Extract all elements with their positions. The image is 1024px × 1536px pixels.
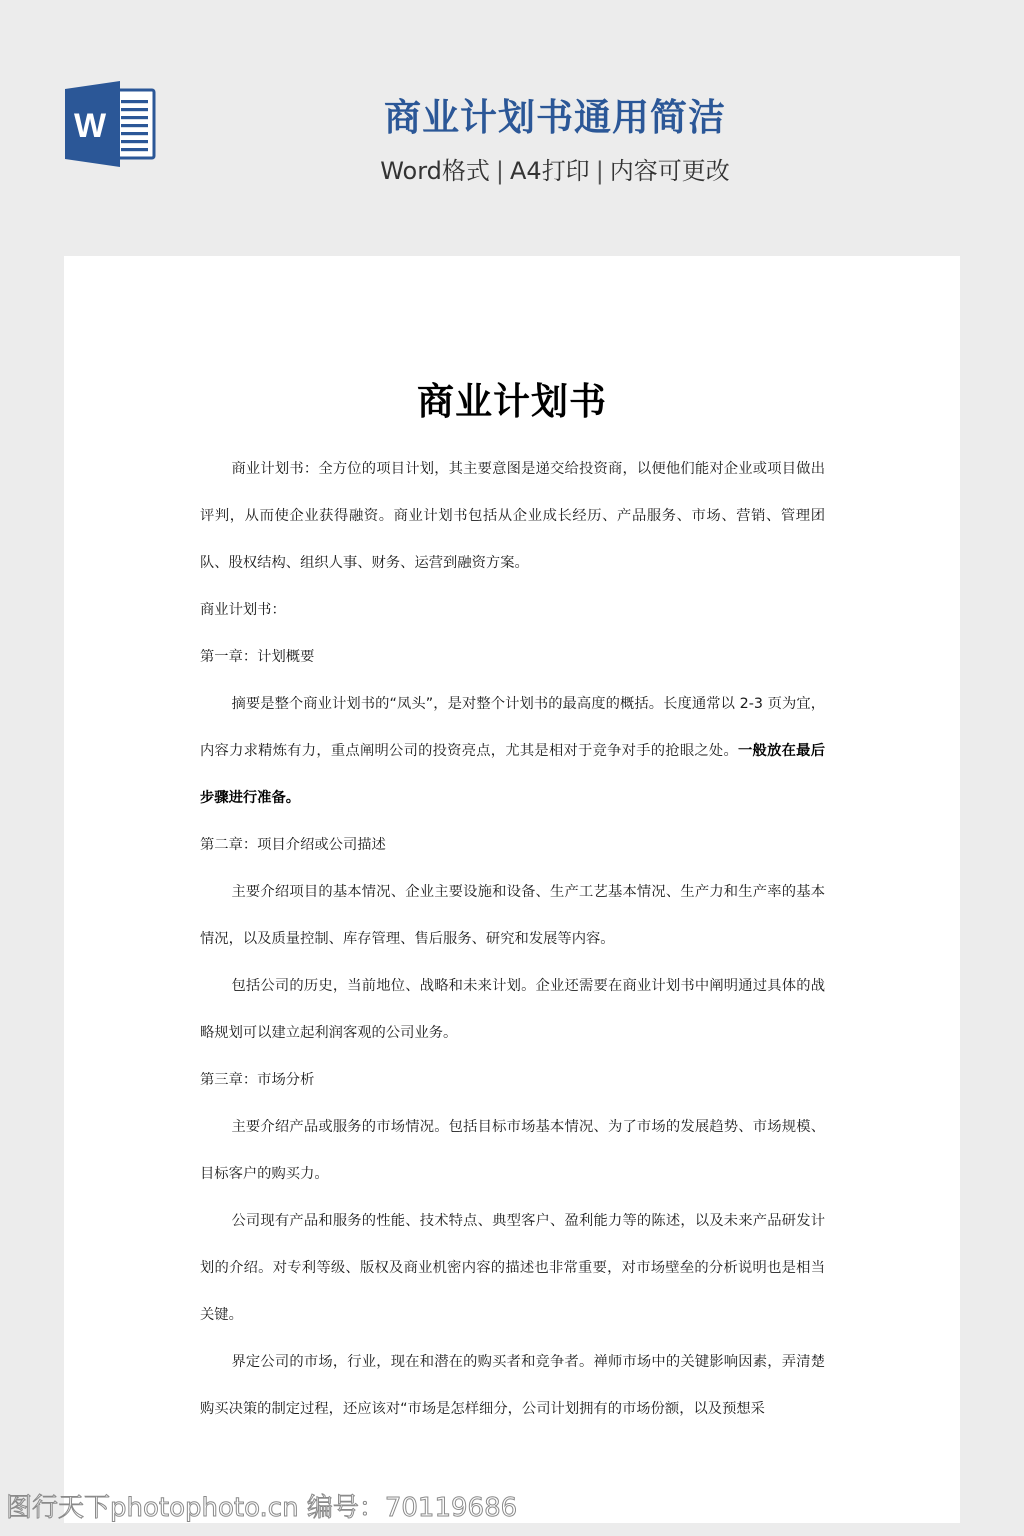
document-body: 商业计划书：全方位的项目计划，其主要意图是递交给投资商，以便他们能对企业或项目做… [200,446,825,1433]
banner-title: 商业计划书通用简洁 [300,92,810,144]
svg-text:W: W [74,107,107,145]
heading-outline: 商业计划书： [200,587,825,634]
print-label: A4打印 [510,157,590,185]
heading-chapter-2: 第二章：项目介绍或公司描述 [200,822,825,869]
separator: | [496,152,504,190]
document-page: 商业计划书 商业计划书：全方位的项目计划，其主要意图是递交给投资商，以便他们能对… [64,256,960,1523]
separator: | [596,152,604,190]
paragraph-project-intro: 主要介绍项目的基本情况、企业主要设施和设备、生产工艺基本情况、生产力和生产率的基… [200,869,825,963]
document-title: 商业计划书 [64,374,960,430]
heading-chapter-1: 第一章：计划概要 [200,634,825,681]
format-label: Word格式 [380,157,490,185]
paragraph-market-intro: 主要介绍产品或服务的市场情况。包括目标市场基本情况、为了市场的发展趋势、市场规模… [200,1104,825,1198]
paragraph-summary-text: 摘要是整个商业计划书的“凤头”，是对整个计划书的最高度的概括。长度通常以 2-3… [200,696,825,759]
banner-subtitle: Word格式|A4打印|内容可更改 [300,152,810,190]
paragraph-products: 公司现有产品和服务的性能、技术特点、典型客户、盈利能力等的陈述，以及未来产品研发… [200,1198,825,1339]
editable-label: 内容可更改 [610,157,730,185]
word-document-icon: W [65,81,157,167]
paragraph-company-history: 包括公司的历史，当前地位、战略和未来计划。企业还需要在商业计划书中阐明通过具体的… [200,963,825,1057]
preview-canvas: W 商业计划书通用简洁 Word格式|A4打印|内容可更改 商业计划书 商业计划… [0,0,1024,1536]
paragraph-summary: 摘要是整个商业计划书的“凤头”，是对整个计划书的最高度的概括。长度通常以 2-3… [200,681,825,822]
paragraph-market-definition: 界定公司的市场，行业，现在和潜在的购买者和竞争者。禅师市场中的关键影响因素，弄清… [200,1339,825,1433]
heading-chapter-3: 第三章：市场分析 [200,1057,825,1104]
paragraph-intro: 商业计划书：全方位的项目计划，其主要意图是递交给投资商，以便他们能对企业或项目做… [200,446,825,587]
watermark: 图行天下photophoto.cn 编号：70119686 [6,1493,517,1523]
